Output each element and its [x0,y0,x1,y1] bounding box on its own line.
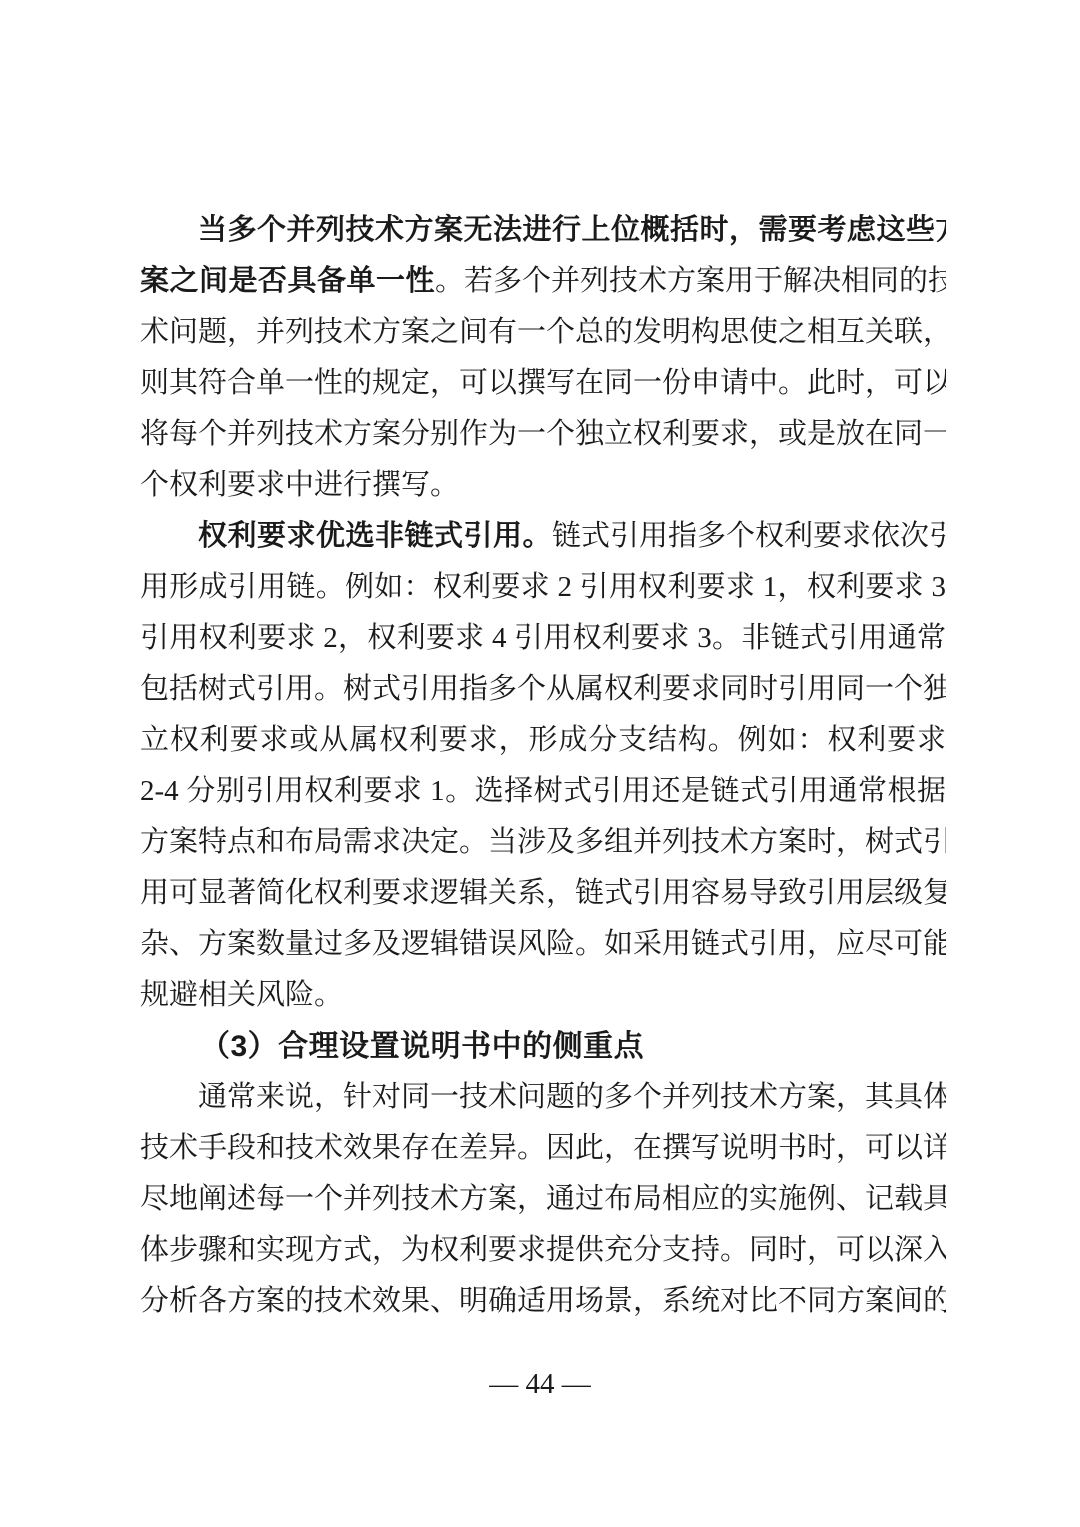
text-segment: 立权利要求或从属权利要求，形成分支结构。例如：权利要求 [140,724,946,756]
text-line: 引用权利要求 2，权利要求 4 引用权利要求 3。非链式引用通常 [140,613,946,664]
text-segment: 。若多个并列技术方案用于解决相同的技 [435,265,946,297]
text-segment: 分析各方案的技术效果、明确适用场景，系统对比不同方案间的 [140,1285,946,1317]
page-number: — 44 — [0,1366,1080,1402]
text-segment: 将每个并列技术方案分别作为一个独立权利要求，或是放在同一 [140,418,946,450]
text-segment: 方案特点和布局需求决定。当涉及多组并列技术方案时，树式引 [140,826,946,858]
text-line: 案之间是否具备单一性。若多个并列技术方案用于解决相同的技 [140,256,946,307]
text-line: 权利要求优选非链式引用。链式引用指多个权利要求依次引 [140,511,946,562]
text-line: 将每个并列技术方案分别作为一个独立权利要求，或是放在同一 [140,409,946,460]
text-line: 则其符合单一性的规定，可以撰写在同一份申请中。此时，可以 [140,358,946,409]
text-segment: 当多个并列技术方案无法进行上位概括时，需要考虑这些方 [198,214,946,246]
text-segment: 杂、方案数量过多及逻辑错误风险。如采用链式引用，应尽可能 [140,928,946,960]
text-line: 杂、方案数量过多及逻辑错误风险。如采用链式引用，应尽可能 [140,919,946,970]
text-segment: 用可显著简化权利要求逻辑关系，链式引用容易导致引用层级复 [140,877,946,909]
text-segment: 引用权利要求 2，权利要求 4 引用权利要求 3。非链式引用通常 [140,622,946,654]
text-segment: 用形成引用链。例如：权利要求 2 引用权利要求 1，权利要求 3 [140,571,946,603]
text-line: 个权利要求中进行撰写。 [140,460,946,511]
text-segment: 链式引用指多个权利要求依次引 [552,520,946,552]
text-line: 方案特点和布局需求决定。当涉及多组并列技术方案时，树式引 [140,817,946,868]
section-heading: （3）合理设置说明书中的侧重点 [140,1021,946,1072]
text-line: 尽地阐述每一个并列技术方案，通过布局相应的实施例、记载具 [140,1174,946,1225]
text-segment: 个权利要求中进行撰写。 [140,469,459,501]
text-segment: （3）合理设置说明书中的侧重点 [200,1030,644,1063]
text-segment: 权利要求优选非链式引用。 [198,520,552,552]
text-segment: 体步骤和实现方式，为权利要求提供充分支持。同时，可以深入 [140,1234,946,1266]
text-line: 体步骤和实现方式，为权利要求提供充分支持。同时，可以深入 [140,1225,946,1276]
text-segment: 术问题，并列技术方案之间有一个总的发明构思使之相互关联， [140,316,946,348]
text-segment: 技术手段和技术效果存在差异。因此，在撰写说明书时，可以详 [140,1132,946,1164]
text-line: 技术手段和技术效果存在差异。因此，在撰写说明书时，可以详 [140,1123,946,1174]
text-line: 当多个并列技术方案无法进行上位概括时，需要考虑这些方 [140,205,946,256]
text-line: 用形成引用链。例如：权利要求 2 引用权利要求 1，权利要求 3 [140,562,946,613]
text-segment: 则其符合单一性的规定，可以撰写在同一份申请中。此时，可以 [140,367,946,399]
text-line: 用可显著简化权利要求逻辑关系，链式引用容易导致引用层级复 [140,868,946,919]
text-segment: 2-4 分别引用权利要求 1。选择树式引用还是链式引用通常根据 [140,775,946,807]
text-line: 包括树式引用。树式引用指多个从属权利要求同时引用同一个独 [140,664,946,715]
text-line: 规避相关风险。 [140,970,946,1021]
text-line: 术问题，并列技术方案之间有一个总的发明构思使之相互关联， [140,307,946,358]
text-line: 分析各方案的技术效果、明确适用场景，系统对比不同方案间的 [140,1276,946,1327]
text-line: 立权利要求或从属权利要求，形成分支结构。例如：权利要求 [140,715,946,766]
text-segment: 通常来说，针对同一技术问题的多个并列技术方案，其具体 [198,1081,946,1113]
document-body: 当多个并列技术方案无法进行上位概括时，需要考虑这些方案之间是否具备单一性。若多个… [140,205,946,1327]
text-segment: 尽地阐述每一个并列技术方案，通过布局相应的实施例、记载具 [140,1183,946,1215]
text-segment: 包括树式引用。树式引用指多个从属权利要求同时引用同一个独 [140,673,946,705]
document-page: 当多个并列技术方案无法进行上位概括时，需要考虑这些方案之间是否具备单一性。若多个… [0,0,1080,1527]
text-segment: 规避相关风险。 [140,979,343,1011]
text-segment: 案之间是否具备单一性 [140,265,435,297]
text-line: 通常来说，针对同一技术问题的多个并列技术方案，其具体 [140,1072,946,1123]
text-line: 2-4 分别引用权利要求 1。选择树式引用还是链式引用通常根据 [140,766,946,817]
